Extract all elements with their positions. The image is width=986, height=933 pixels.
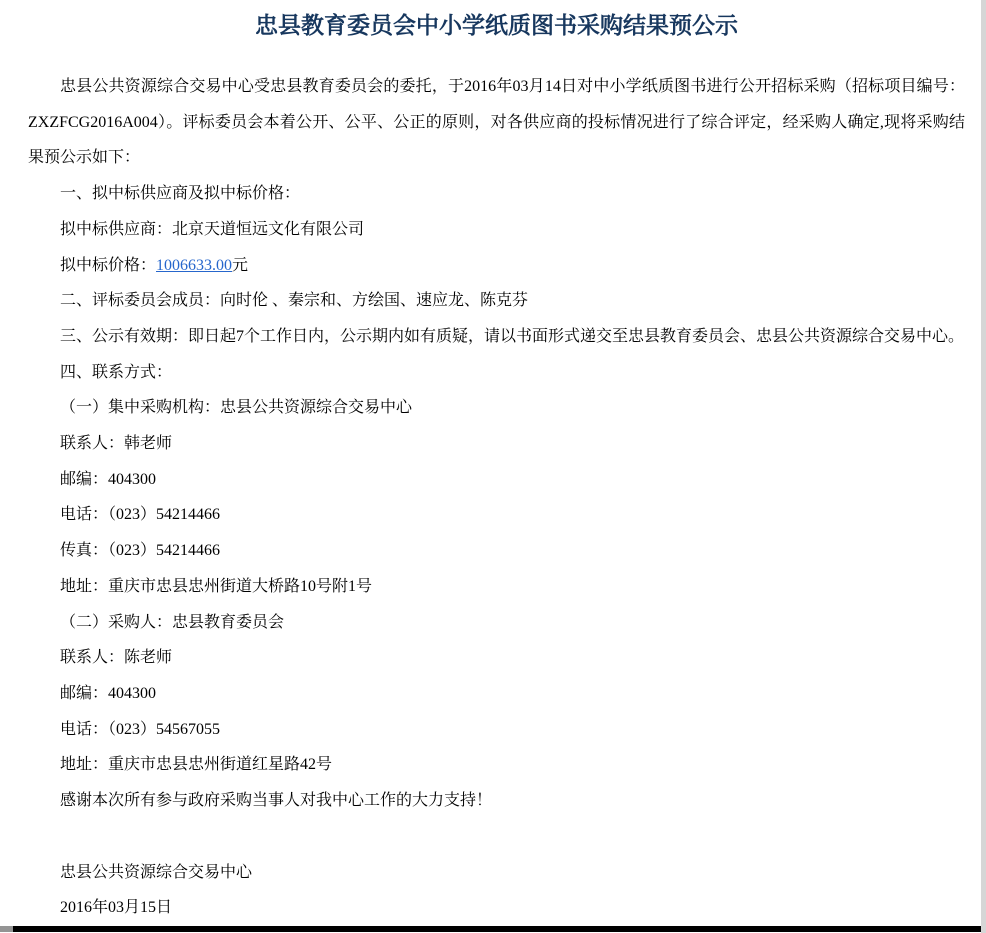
purchaser-phone: 电话：（023）54567055 bbox=[28, 712, 965, 748]
price-line: 拟中标价格：1006633.00元 bbox=[28, 248, 965, 284]
price-label: 拟中标价格： bbox=[60, 257, 156, 274]
vertical-scrollbar[interactable] bbox=[981, 0, 986, 933]
price-unit: 元 bbox=[232, 257, 248, 274]
purchaser-contact: 联系人：陈老师 bbox=[28, 640, 965, 676]
validity-line: 三、公示有效期：即日起7个工作日内，公示期内如有质疑，请以书面形式递交至忠县教育… bbox=[28, 319, 965, 355]
purchaser-heading: （二）采购人：忠县教育委员会 bbox=[28, 605, 965, 641]
agency-address: 地址：重庆市忠县忠州街道大桥路10号附1号 bbox=[28, 569, 965, 605]
thanks-line: 感谢本次所有参与政府采购当事人对我中心工作的大力支持！ bbox=[28, 783, 965, 819]
agency-fax: 传真：（023）54214466 bbox=[28, 533, 965, 569]
signature-date: 2016年03月15日 bbox=[28, 890, 965, 926]
agency-contact: 联系人：韩老师 bbox=[28, 426, 965, 462]
committee-line: 二、评标委员会成员：向时伦 、秦宗和、方绘国、速应龙、陈克芬 bbox=[28, 283, 965, 319]
bid-price-link[interactable]: 1006633.00 bbox=[156, 257, 232, 274]
signature-block: 忠县公共资源综合交易中心 2016年03月15日 bbox=[28, 855, 965, 926]
scrollbar-corner bbox=[0, 926, 13, 932]
contact-heading: 四、联系方式： bbox=[28, 355, 965, 391]
window-bottom-border bbox=[13, 926, 981, 932]
agency-zip: 邮编：404300 bbox=[28, 462, 965, 498]
signature-org: 忠县公共资源综合交易中心 bbox=[28, 855, 965, 891]
purchaser-address: 地址：重庆市忠县忠州街道红星路42号 bbox=[28, 747, 965, 783]
page-title: 忠县教育委员会中小学纸质图书采购结果预公示 bbox=[28, 12, 965, 39]
supplier-line: 拟中标供应商：北京天道恒远文化有限公司 bbox=[28, 212, 965, 248]
agency-phone: 电话：（023）54214466 bbox=[28, 497, 965, 533]
paragraph-intro: 忠县公共资源综合交易中心受忠县教育委员会的委托，于2016年03月14日对中小学… bbox=[28, 69, 965, 176]
award-heading: 一、拟中标供应商及拟中标价格： bbox=[28, 176, 965, 212]
agency-heading: （一）集中采购机构：忠县公共资源综合交易中心 bbox=[28, 390, 965, 426]
announcement-document: 忠县教育委员会中小学纸质图书采购结果预公示 忠县公共资源综合交易中心受忠县教育委… bbox=[0, 0, 981, 926]
purchaser-zip: 邮编：404300 bbox=[28, 676, 965, 712]
